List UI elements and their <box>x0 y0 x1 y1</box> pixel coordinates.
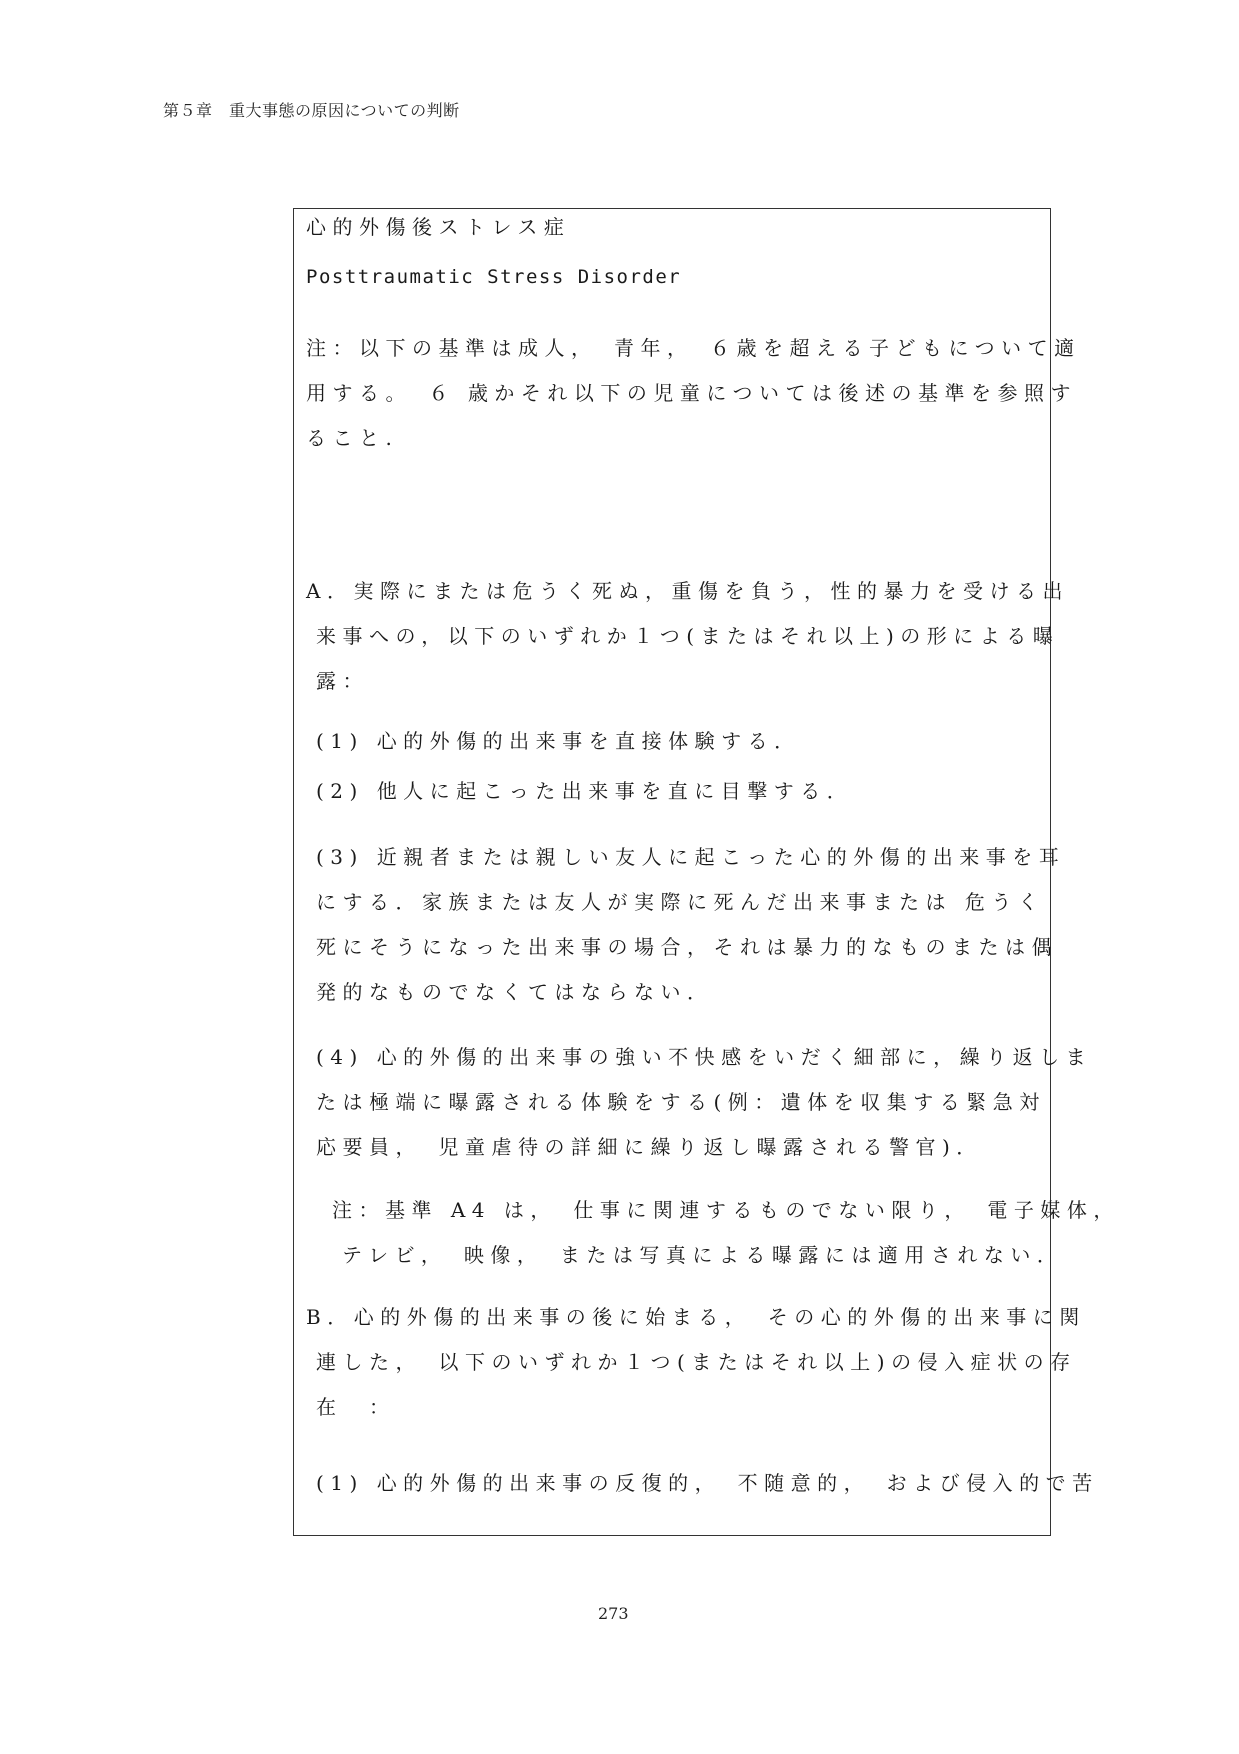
box-title-english: Posttraumatic Stress Disorder <box>306 266 681 288</box>
note-line: ること. <box>306 422 398 451</box>
criterion-b-line: 連した， 以下のいずれか１つ(またはそれ以上)の侵入症状の存 <box>316 1346 1077 1375</box>
criterion-a-item-2: (2) 他人に起こった出来事を直に目撃する． <box>316 775 853 804</box>
running-header: 第５章 重大事態の原因についての判断 <box>163 98 460 121</box>
criterion-a-item-4: 応要員， 児童虐待の詳細に繰り返し曝露される警官)． <box>316 1131 983 1160</box>
criterion-a-item-3: にする．家族または友人が実際に死んだ出来事または 危うく <box>316 886 1044 915</box>
criterion-b-line: 在 ： <box>316 1391 396 1420</box>
criterion-a-item-3: 死にそうになった出来事の場合，それは暴力的なものまたは偶 <box>316 931 1058 960</box>
criterion-a-line: 露： <box>316 665 369 694</box>
criterion-b-item-1: (1) 心的外傷的出来事の反復的， 不随意的， および侵入的で苦 <box>316 1467 1099 1496</box>
criterion-a-item-1: (1) 心的外傷的出来事を直接体験する． <box>316 725 801 754</box>
box-title-japanese: 心的外傷後ストレス症 <box>306 211 570 240</box>
criterion-b-line: B．心的外傷的出来事の後に始まる， その心的外傷的出来事に関 <box>306 1301 1086 1330</box>
note-line: 注：以下の基準は成人， 青年， ６歳を超える子どもについて適 <box>306 332 1081 361</box>
criteria-box: 心的外傷後ストレス症 Posttraumatic Stress Disorder… <box>293 208 1051 1536</box>
criterion-a-item-4: (4) 心的外傷的出来事の強い不快感をいだく細部に，繰り返しま <box>316 1041 1092 1070</box>
page-number: 273 <box>598 1604 629 1623</box>
criterion-a-item-3: (3) 近親者または親しい友人に起こった心的外傷的出来事を耳 <box>316 841 1065 870</box>
criterion-a-note: テレビ， 映像， または写真による曝露には適用されない． <box>342 1239 1063 1268</box>
note-line: 用する。 ６ 歳かそれ以下の児童については後述の基準を参照す <box>306 377 1077 406</box>
criterion-a-item-3: 発的なものでなくてはならない． <box>316 976 714 1005</box>
criterion-a-item-4: たは極端に曝露される体験をする(例：遺体を収集する緊急対 <box>316 1086 1046 1115</box>
criterion-a-note: 注：基準 A4 は， 仕事に関連するものでない限り， 電子媒体， <box>332 1194 1120 1223</box>
criterion-a-line: 来事への，以下のいずれか１つ(またはそれ以上)の形による曝 <box>316 620 1059 649</box>
criterion-a-line: A．実際にまたは危うく死ぬ，重傷を負う，性的暴力を受ける出 <box>306 575 1069 604</box>
